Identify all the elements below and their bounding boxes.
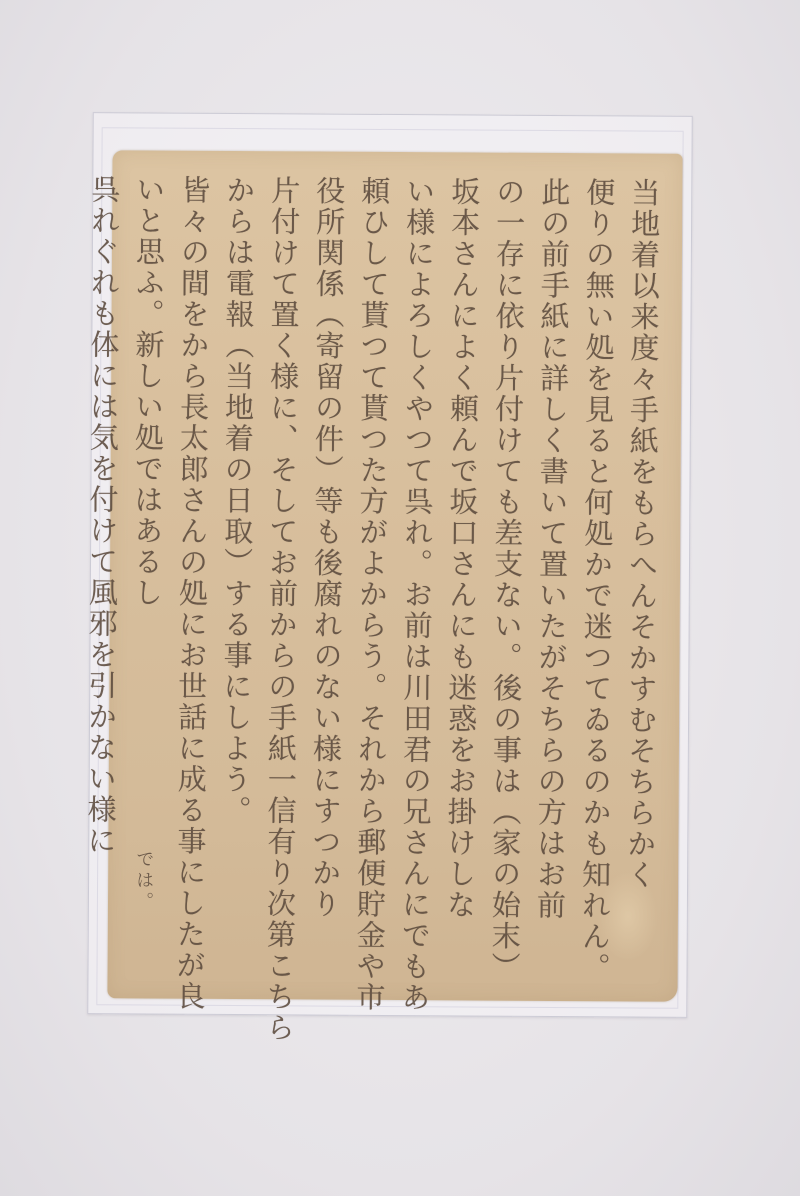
signoff: では。 — [130, 849, 156, 912]
message-line-4: の一存に依り片付けても差支ない。後の事は（家の始末） — [481, 177, 531, 987]
message-line-5: 坂本さんによく頼んで坂口さんにも迷惑をお掛けしな — [436, 176, 486, 986]
message-line-13: 呉れぐれも体には気を付けて風邪を引かない様に — [77, 174, 127, 984]
message-line-8: 役所関係（寄留の件）等も後腐れのない様にすつかり — [301, 175, 351, 985]
message-line-2: 便りの無い処を見ると何処かで迷つてゐるのかも知れん。 — [571, 177, 621, 987]
message-line-7: 頼ひして貰つて貰つた方がよからう。それから郵便貯金や市 — [346, 176, 396, 986]
message-line-11: 皆々の間をから長太郎さんの処にお世話に成る事にしたが良 — [166, 175, 216, 985]
message-line-10: からは電報（当地着の日取）する事にしよう。 — [211, 175, 261, 985]
message-line-6: い様によろしくやつて呉れ。お前は川田君の兄さんにでもあ — [391, 176, 441, 986]
postcard: 当地着以来度々手紙をもらへんそかすむそちらかく 便りの無い処を見ると何処かで迷つ… — [107, 150, 682, 1001]
message-line-1: 当地着以来度々手紙をもらへんそかすむそちらかく — [616, 177, 666, 987]
message-line-3: 此の前手紙に詳しく書いて置いたがそちらの方はお前 — [526, 177, 576, 987]
handwritten-message: 当地着以来度々手紙をもらへんそかすむそちらかく 便りの無い処を見ると何処かで迷つ… — [118, 174, 667, 987]
message-line-9: 片付けて置く様に、そしてお前からの手紙一信有り次第こちら — [256, 175, 306, 985]
